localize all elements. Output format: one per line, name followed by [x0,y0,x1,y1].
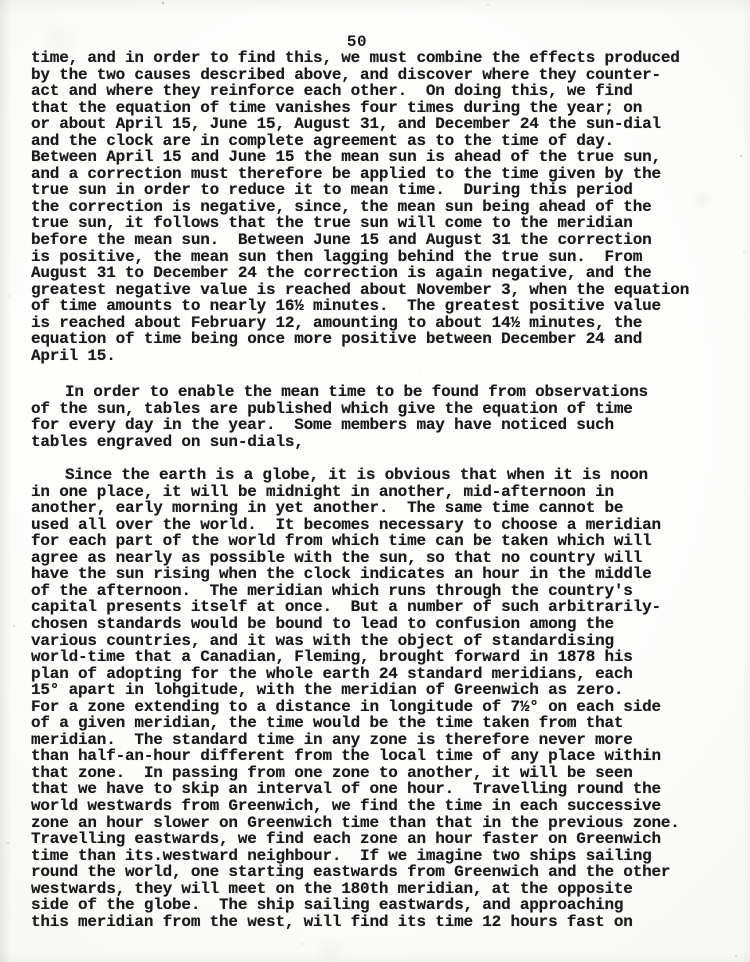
paragraph-equation-of-time: time, and in order to find this, we must… [31,50,731,364]
paragraph-standard-time: Since the earth is a globe, it is obviou… [31,467,731,930]
text-block: time, and in order to find this, we must… [31,50,731,930]
scanned-document-page: 50 time, and in order to find this, we m… [0,0,750,962]
paragraph-tables: In order to enable the mean time to be f… [31,384,731,450]
